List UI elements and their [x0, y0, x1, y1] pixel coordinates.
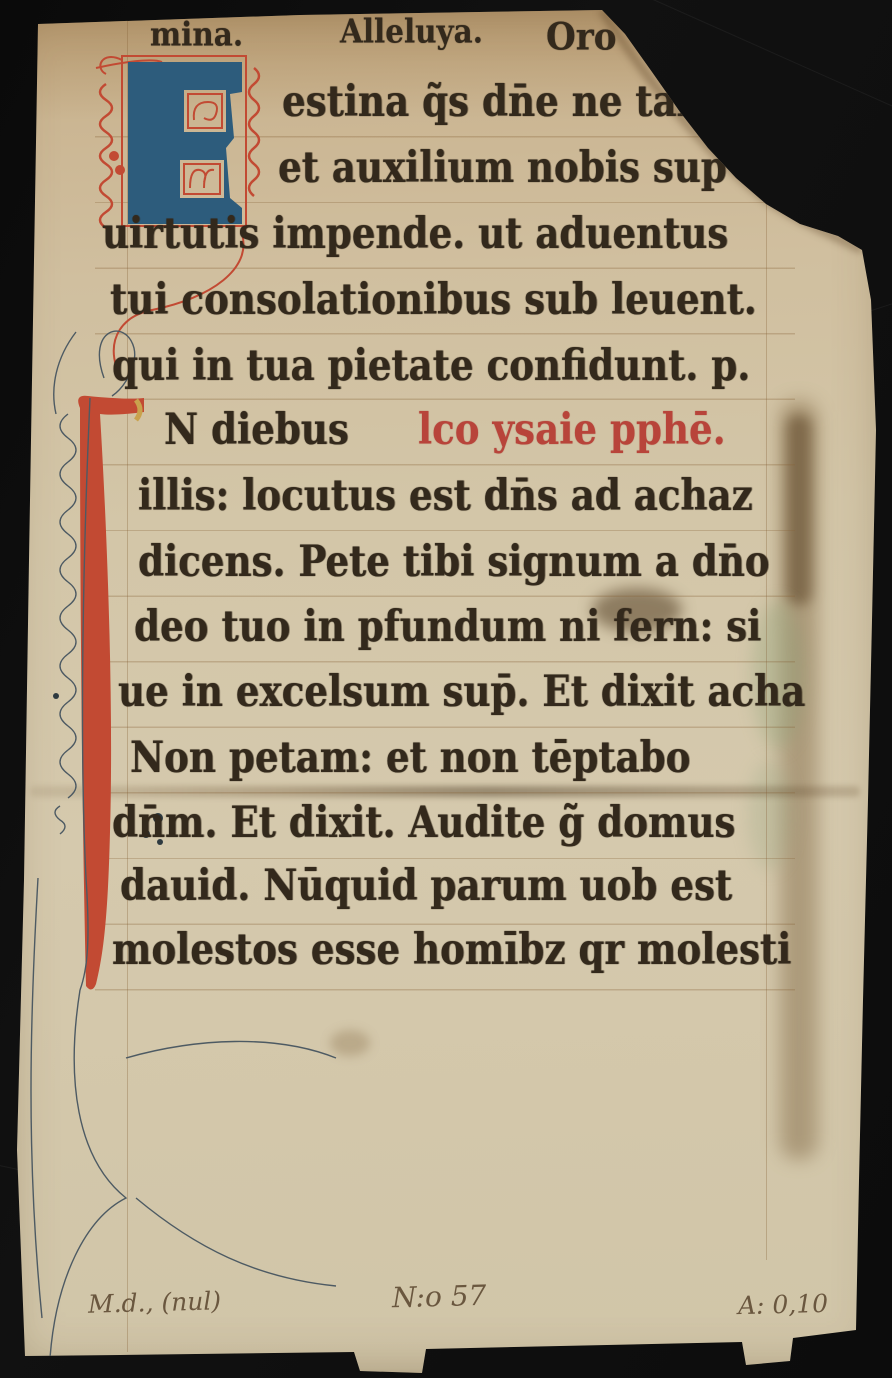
photograph-black-mat: mina. Alleluya. Oro [0, 0, 892, 1378]
annotation-price: A: 0,10 [738, 1289, 829, 1320]
stain-right-dark [786, 415, 812, 605]
annotation-number: N:o 57 [392, 1279, 487, 1314]
manuscript-leaf: mina. Alleluya. Oro [0, 0, 892, 1378]
text-line: qui in tua pietate confidunt. p. [112, 340, 750, 391]
text-line: N diebus [164, 404, 349, 455]
rubric-lectio: lco ysaie pphē. [418, 404, 726, 455]
text-line: et auxilium nobis sup [278, 142, 727, 193]
stain-green [748, 760, 792, 870]
text-line: tui consolationibus sub leuent. [110, 274, 757, 325]
text-line: ue in excelsum sup̄. Et dixit acha [118, 666, 805, 717]
text-line: deo tuo in pfundum ni fern: si [134, 601, 761, 652]
annotation-shelfmark: M.d., (nul) [88, 1286, 222, 1318]
stain-right-band [780, 400, 818, 1160]
text-line: illis: locutus est dn̄s ad achaz [138, 470, 753, 521]
ruled-margin-right [766, 10, 767, 1260]
text-line: uirtutis impende. ut aduentus [102, 208, 728, 259]
mat-scratch [653, 0, 892, 122]
text-line: dn̄m. Et dixit. Audite g̃ domus [112, 797, 735, 848]
text-line: dauid. Nūquid parum uob est [120, 860, 732, 911]
text-line: molestos esse homībz qr molesti [112, 924, 791, 975]
text-line: Non petam: et non tēptabo [130, 732, 690, 783]
text-line: estina q̃s dn̄e ne tardau [282, 76, 773, 127]
text-line: dicens. Pete tibi signum a dn̄o [138, 536, 770, 587]
